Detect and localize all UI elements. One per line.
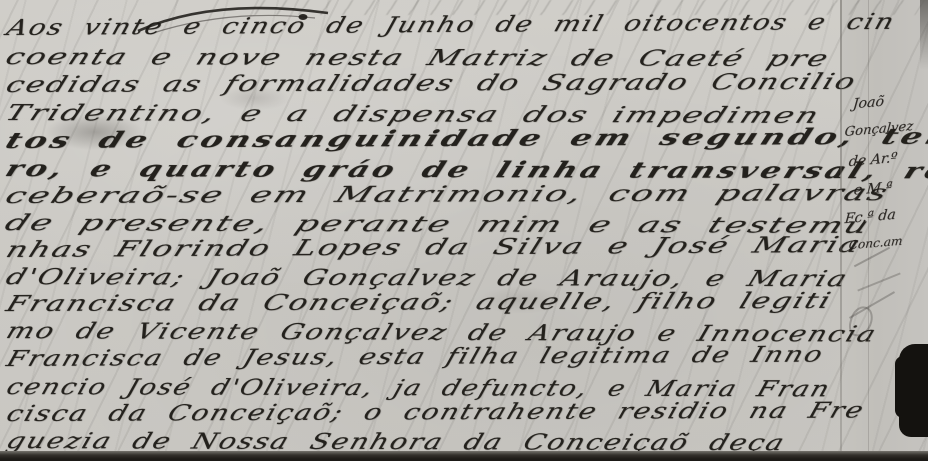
manuscript-line: nhas Florindo Lopes da Silva e José Mari…	[2, 233, 865, 264]
page-fold-line	[840, 0, 842, 461]
page-edge-line	[868, 0, 869, 461]
margin-note-line: Joaõ	[852, 94, 885, 113]
manuscript-line: Aos vinte e cinco de Junho de mil oitoce…	[3, 10, 898, 42]
manuscript-line: ro, e quarto gráo de linha transversal, …	[2, 156, 928, 184]
page-bottom-edge-shadow	[0, 451, 928, 461]
manuscript-line: tos de consanguinidade em segundo, terce…	[2, 123, 928, 154]
manuscript-page: Aos vinte e cinco de Junho de mil oitoce…	[0, 0, 928, 461]
manuscript-line: Francisca de Jesus, esta filha legitima …	[3, 343, 827, 373]
manuscript-line: Francisca da Conceiçaõ; aquelle, filho l…	[2, 289, 835, 318]
manuscript-line: coenta e nove nesta Matriz de Caeté pre	[1, 45, 833, 73]
page-edge-shadow	[920, 0, 928, 70]
manuscript-line: cisca da Conceiçaõ; o contrahente residi…	[3, 398, 868, 428]
manuscript-line: cedidas as formalidades do Sagrado Conci…	[2, 70, 860, 99]
black-edge-blob	[899, 344, 928, 437]
manuscript-line: ceberaõ-se em Matrimonio, com palavras	[1, 181, 893, 210]
